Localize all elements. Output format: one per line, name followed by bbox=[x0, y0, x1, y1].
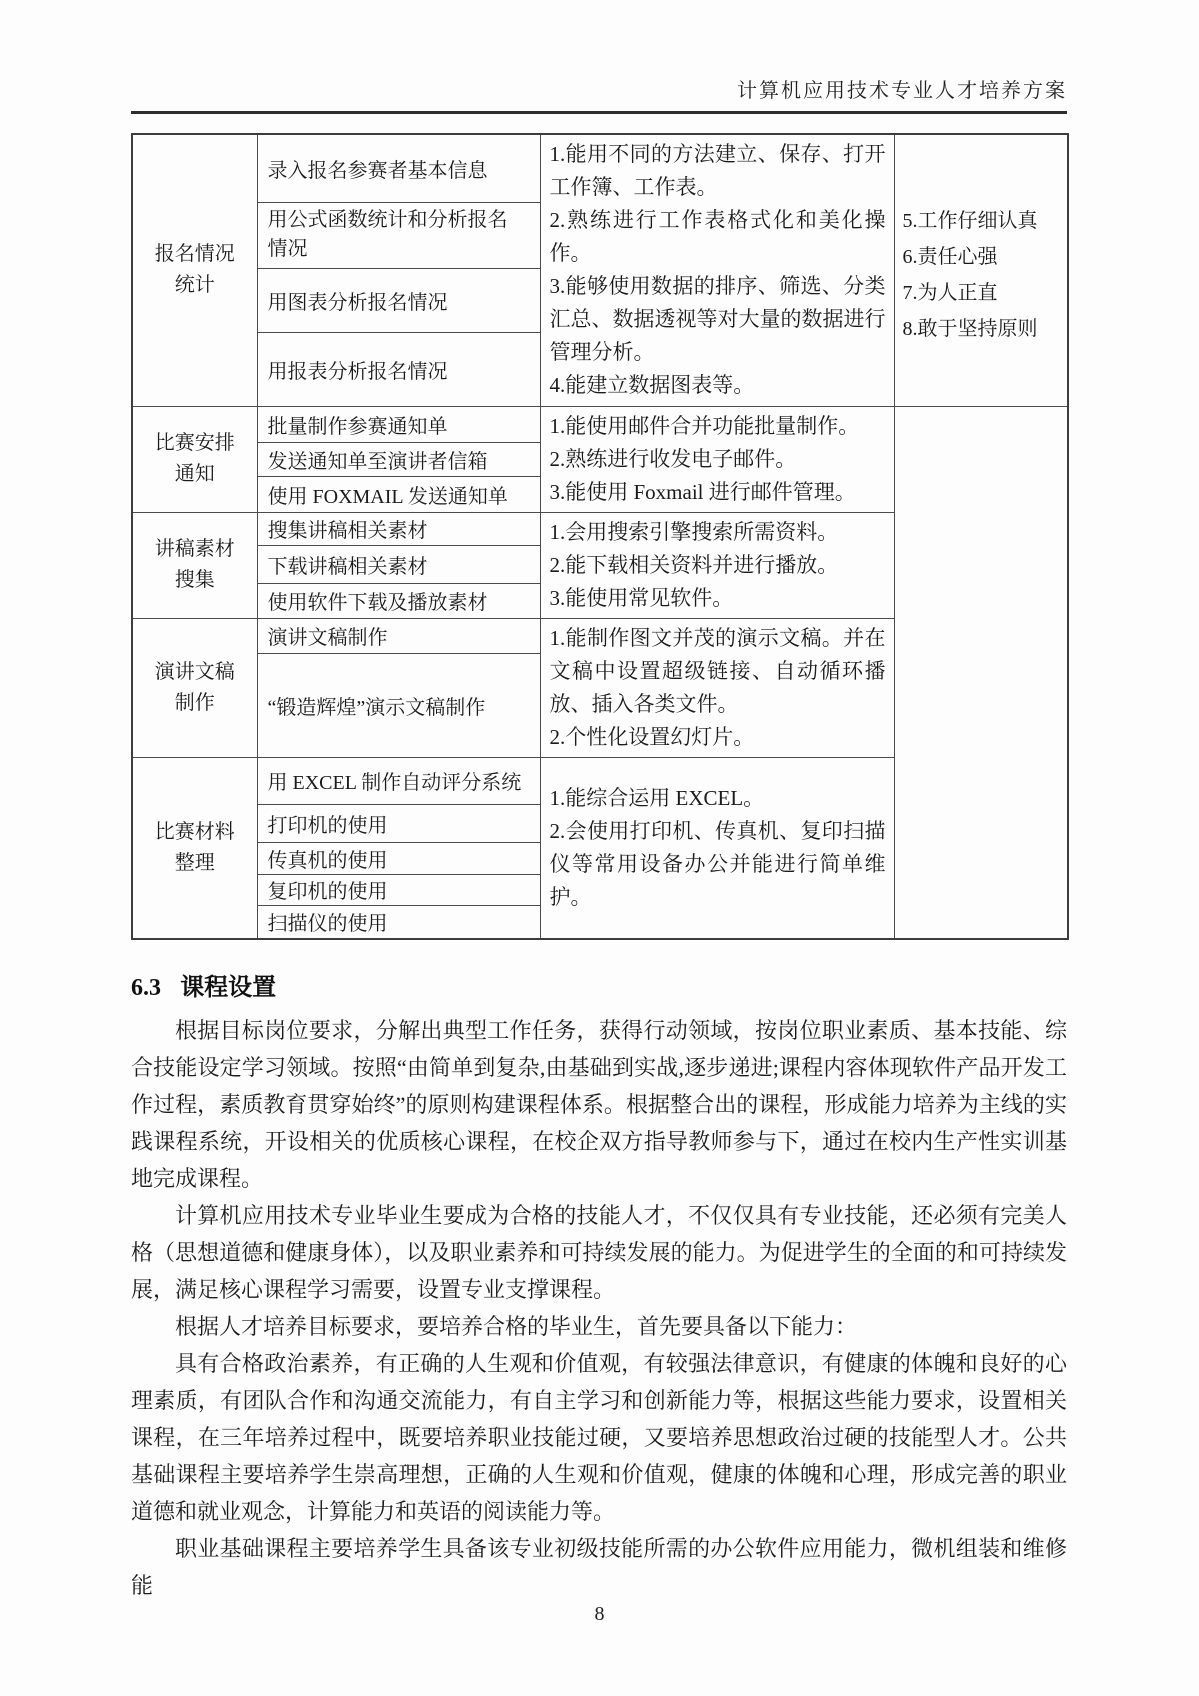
abilities-cell: 1.会用搜索引擎搜索所需资料。 2.能下载相关资料并进行播放。 3.能使用常见软… bbox=[540, 512, 894, 618]
ability-item: 4.能建立数据图表等。 bbox=[550, 369, 886, 402]
category-cell: 演讲文稿 制作 bbox=[132, 618, 257, 757]
section-title: 课程设置 bbox=[180, 975, 276, 1001]
task-cell: 使用 FOXMAIL 发送通知单 bbox=[257, 476, 540, 512]
category-cell: 比赛材料 整理 bbox=[132, 757, 257, 939]
quality-item: 6.责任心强 bbox=[903, 239, 1064, 275]
ability-item: 1.能综合运用 EXCEL。 bbox=[550, 782, 886, 815]
category-cell: 比赛安排 通知 bbox=[132, 406, 257, 512]
task-cell: 搜集讲稿相关素材 bbox=[257, 512, 540, 546]
ability-item: 2.能下载相关资料并进行播放。 bbox=[550, 549, 886, 582]
task-cell: 批量制作参赛通知单 bbox=[257, 406, 540, 443]
page-content: 计算机应用技术专业人才培养方案 报名情况 统计 录入报名参赛者基本信息 1.能用… bbox=[131, 0, 1067, 1604]
ability-item: 1.会用搜索引擎搜索所需资料。 bbox=[550, 516, 886, 549]
task-cell: “锻造辉煌”演示文稿制作 bbox=[257, 653, 540, 757]
section-number: 6.3 bbox=[131, 975, 161, 1001]
task-cell: 传真机的使用 bbox=[257, 842, 540, 874]
task-cell: 演讲文稿制作 bbox=[257, 618, 540, 653]
document-page: 计算机应用技术专业人才培养方案 报名情况 统计 录入报名参赛者基本信息 1.能用… bbox=[0, 0, 1199, 1696]
qualities-empty-cell bbox=[894, 406, 1068, 939]
category-cell: 报名情况 统计 bbox=[132, 134, 257, 406]
quality-item: 8.敢于坚持原则 bbox=[903, 311, 1064, 347]
ability-item: 1.能制作图文并茂的演示文稿。并在文稿中设置超级链接、自动循环播放、插入各类文件… bbox=[550, 622, 886, 721]
paragraph: 职业基础课程主要培养学生具备该专业初级技能所需的办公软件应用能力，微机组装和维修… bbox=[131, 1530, 1067, 1604]
ability-item: 2.会使用打印机、传真机、复印扫描仪等常用设备办公并能进行简单维护。 bbox=[550, 815, 886, 914]
quality-item: 5.工作仔细认真 bbox=[903, 203, 1064, 239]
paragraph: 根据目标岗位要求，分解出典型工作任务，获得行动领域，按岗位职业素质、基本技能、综… bbox=[131, 1012, 1067, 1197]
ability-item: 1.能使用邮件合并功能批量制作。 bbox=[550, 410, 886, 443]
qualities-cell: 5.工作仔细认真 6.责任心强 7.为人正直 8.敢于坚持原则 bbox=[894, 134, 1068, 406]
quality-item: 7.为人正直 bbox=[903, 275, 1064, 311]
paragraph: 根据人才培养目标要求，要培养合格的毕业生，首先要具备以下能力： bbox=[131, 1308, 1067, 1345]
abilities-cell: 1.能制作图文并茂的演示文稿。并在文稿中设置超级链接、自动循环播放、插入各类文件… bbox=[540, 618, 894, 757]
task-cell: 下载讲稿相关素材 bbox=[257, 546, 540, 583]
body-text: 根据目标岗位要求，分解出典型工作任务，获得行动领域，按岗位职业素质、基本技能、综… bbox=[131, 1012, 1067, 1604]
abilities-cell: 1.能使用邮件合并功能批量制作。 2.熟练进行收发电子邮件。 3.能使用 Fox… bbox=[540, 406, 894, 512]
paragraph: 具有合格政治素养，有正确的人生观和价值观，有较强法律意识，有健康的体魄和良好的心… bbox=[131, 1345, 1067, 1530]
task-cell: 用报表分析报名情况 bbox=[257, 332, 540, 406]
ability-item: 2.个性化设置幻灯片。 bbox=[550, 721, 886, 754]
task-cell: 用 EXCEL 制作自动评分系统 bbox=[257, 757, 540, 804]
task-cell: 使用软件下载及播放素材 bbox=[257, 583, 540, 618]
task-cell: 复印机的使用 bbox=[257, 874, 540, 905]
task-cell: 扫描仪的使用 bbox=[257, 905, 540, 939]
header-title: 计算机应用技术专业人才培养方案 bbox=[131, 74, 1067, 103]
ability-item: 3.能够使用数据的排序、筛选、分类汇总、数据透视等对大量的数据进行管理分析。 bbox=[550, 270, 886, 369]
section-heading: 6.3课程设置 bbox=[131, 967, 1067, 1002]
task-cell: 用公式函数统计和分析报名情况 bbox=[257, 202, 540, 268]
page-header: 计算机应用技术专业人才培养方案 bbox=[131, 0, 1067, 114]
task-cell: 打印机的使用 bbox=[257, 804, 540, 842]
ability-item: 1.能用不同的方法建立、保存、打开工作簿、工作表。 bbox=[550, 138, 886, 204]
page-number: 8 bbox=[0, 1603, 1199, 1626]
abilities-cell: 1.能用不同的方法建立、保存、打开工作簿、工作表。 2.熟练进行工作表格式化和美… bbox=[540, 134, 894, 406]
category-cell: 讲稿素材 搜集 bbox=[132, 512, 257, 618]
ability-item: 3.能使用 Foxmail 进行邮件管理。 bbox=[550, 476, 886, 509]
task-cell: 用图表分析报名情况 bbox=[257, 268, 540, 332]
ability-item: 3.能使用常见软件。 bbox=[550, 582, 886, 615]
ability-item: 2.熟练进行收发电子邮件。 bbox=[550, 443, 886, 476]
ability-item: 2.熟练进行工作表格式化和美化操作。 bbox=[550, 204, 886, 270]
abilities-cell: 1.能综合运用 EXCEL。 2.会使用打印机、传真机、复印扫描仪等常用设备办公… bbox=[540, 757, 894, 939]
training-skill-table: 报名情况 统计 录入报名参赛者基本信息 1.能用不同的方法建立、保存、打开工作簿… bbox=[131, 133, 1069, 940]
paragraph: 计算机应用技术专业毕业生要成为合格的技能人才，不仅仅具有专业技能，还必须有完美人… bbox=[131, 1197, 1067, 1308]
task-cell: 发送通知单至演讲者信箱 bbox=[257, 443, 540, 477]
task-cell: 录入报名参赛者基本信息 bbox=[257, 134, 540, 202]
